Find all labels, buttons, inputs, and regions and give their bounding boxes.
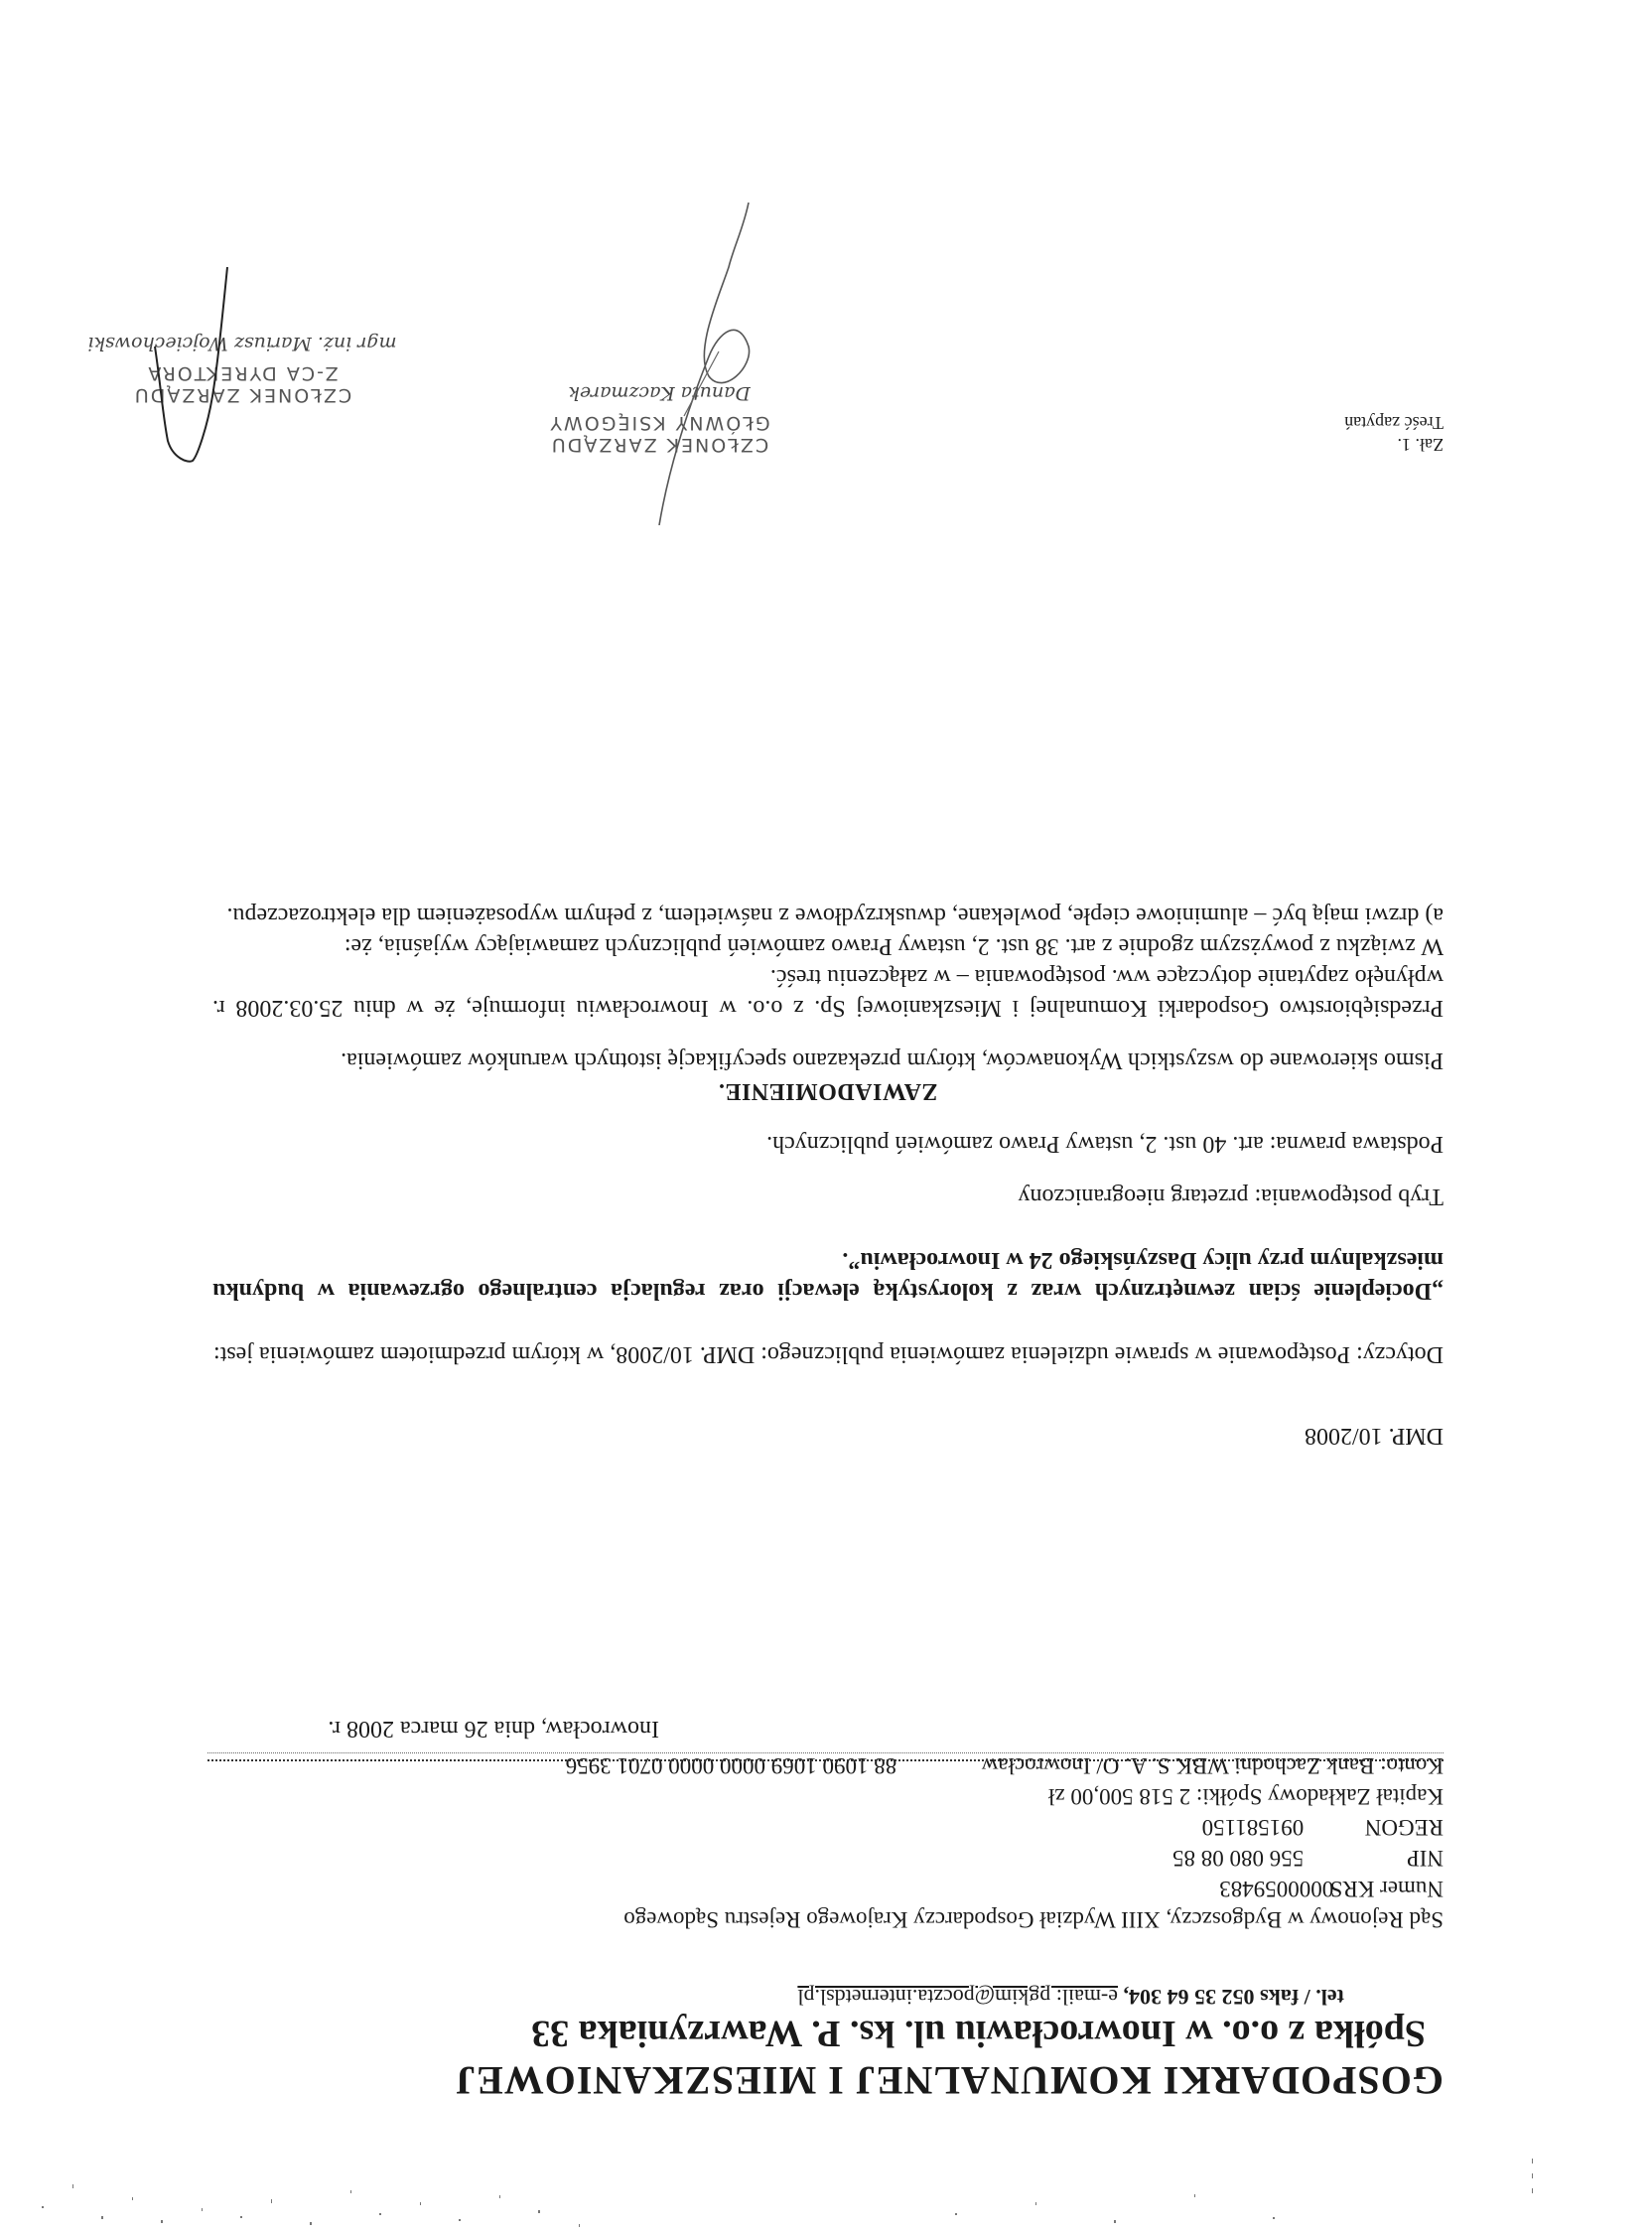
krs-value: 0000059483: [1219, 1877, 1333, 1901]
place-and-date: Inowrocław, dnia 26 marca 2008 r.: [328, 1715, 659, 1742]
krs-label: Numer KRS: [1339, 1874, 1444, 1904]
scanned-letter-page: Gospodarki Komunalnej i Mieszkaniowej Sp…: [0, 0, 1652, 2233]
stamp-line-2: GŁÓWNY KSIĘGOWY: [500, 412, 818, 434]
organization-name: Gospodarki Komunalnej i Mieszkaniowej: [203, 2057, 1444, 2104]
attachment-description: Treść zapytań: [1344, 412, 1444, 434]
contract-subject-title: „Docieplenie ścian zewnętrznych wraz z k…: [212, 1244, 1444, 1306]
answer-a: a) drzwi mają być – aluminiowe ciepłe, p…: [212, 900, 1444, 930]
email-address: e-mail: pgkim@poczta.internetdsl.pl: [797, 1985, 1118, 2010]
nip-value: 556 080 08 85: [1172, 1846, 1304, 1871]
scan-noise: [0, 2114, 1652, 2233]
notice-heading: ZAWIADOMIENIE.: [212, 1075, 1444, 1106]
explanation-paragraph: W związku z powyższym zgodnie z art. 38 …: [212, 930, 1444, 961]
nip-label: NIP: [1309, 1843, 1444, 1874]
organization-address: Spółka z o.o. w Inowrocławiu ul. ks. P. …: [203, 2012, 1426, 2055]
phone-fax: tel. / faks 052 35 64 304,: [1124, 1985, 1344, 2010]
handwritten-signature-1: [580, 198, 778, 525]
information-paragraph: Przedsiębiorstwo Gospodarki Komunalnej i…: [212, 961, 1444, 1023]
company-registry-info: Sąd Rejonowy w Bydgoszczy, XIII Wydział …: [566, 1750, 1444, 1935]
stamp-line-2: Z-CA DYREKTORA: [64, 362, 421, 384]
header-separator: [207, 1752, 1444, 1761]
regon-value: 091581150: [1202, 1815, 1305, 1840]
signature-deputy-director: CZŁONEK ZARZĄDU Z-CA DYREKTORA mgr inż. …: [64, 333, 421, 406]
signatory-name: mgr inż. Mariusz Wojciechowski: [64, 333, 421, 354]
letterhead: Gospodarki Komunalnej i Mieszkaniowej Sp…: [203, 1984, 1444, 2104]
attachment-note: Zał. 1. Treść zapytań: [1344, 412, 1444, 456]
signature-chief-accountant: CZŁONEK ZARZĄDU GŁÓWNY KSIĘGOWY Danuta K…: [500, 382, 818, 456]
stamp-line-1: CZŁONEK ZARZĄDU: [500, 434, 818, 456]
legal-basis: Podstawa prawna: art. 40 ust. 2, ustawy …: [212, 1128, 1444, 1159]
registry-nip: NIP 556 080 08 85: [566, 1843, 1444, 1874]
addressees-paragraph: Pismo skierowane do wszystkich Wykonawcó…: [212, 1045, 1444, 1075]
stamp-line-1: CZŁONEK ZARZĄDU: [64, 384, 421, 406]
reference-number: DMP. 10/2008: [1305, 1422, 1444, 1449]
registry-court: Sąd Rejonowy w Bydgoszczy, XIII Wydział …: [566, 1904, 1444, 1935]
registry-capital: Kapitał Zakładowy Spółki: 2 518 500,00 z…: [566, 1781, 1444, 1812]
signatory-name: Danuta Kaczmarek: [500, 382, 818, 404]
procedure-mode: Tryb postępowania: przetarg nieograniczo…: [212, 1181, 1444, 1211]
registry-krs: Numer KRS 0000059483: [566, 1874, 1444, 1904]
attachment-label: Zał. 1.: [1344, 434, 1444, 456]
letter-body: Dotyczy: Postępowanie w sprawie udzielen…: [212, 900, 1444, 1369]
concerning-paragraph: Dotyczy: Postępowanie w sprawie udzielen…: [212, 1338, 1444, 1369]
regon-label: REGON: [1309, 1812, 1444, 1843]
registry-regon: REGON 091581150: [566, 1812, 1444, 1843]
organization-contact: tel. / faks 052 35 64 304, e-mail: pgkim…: [203, 1984, 1344, 2010]
